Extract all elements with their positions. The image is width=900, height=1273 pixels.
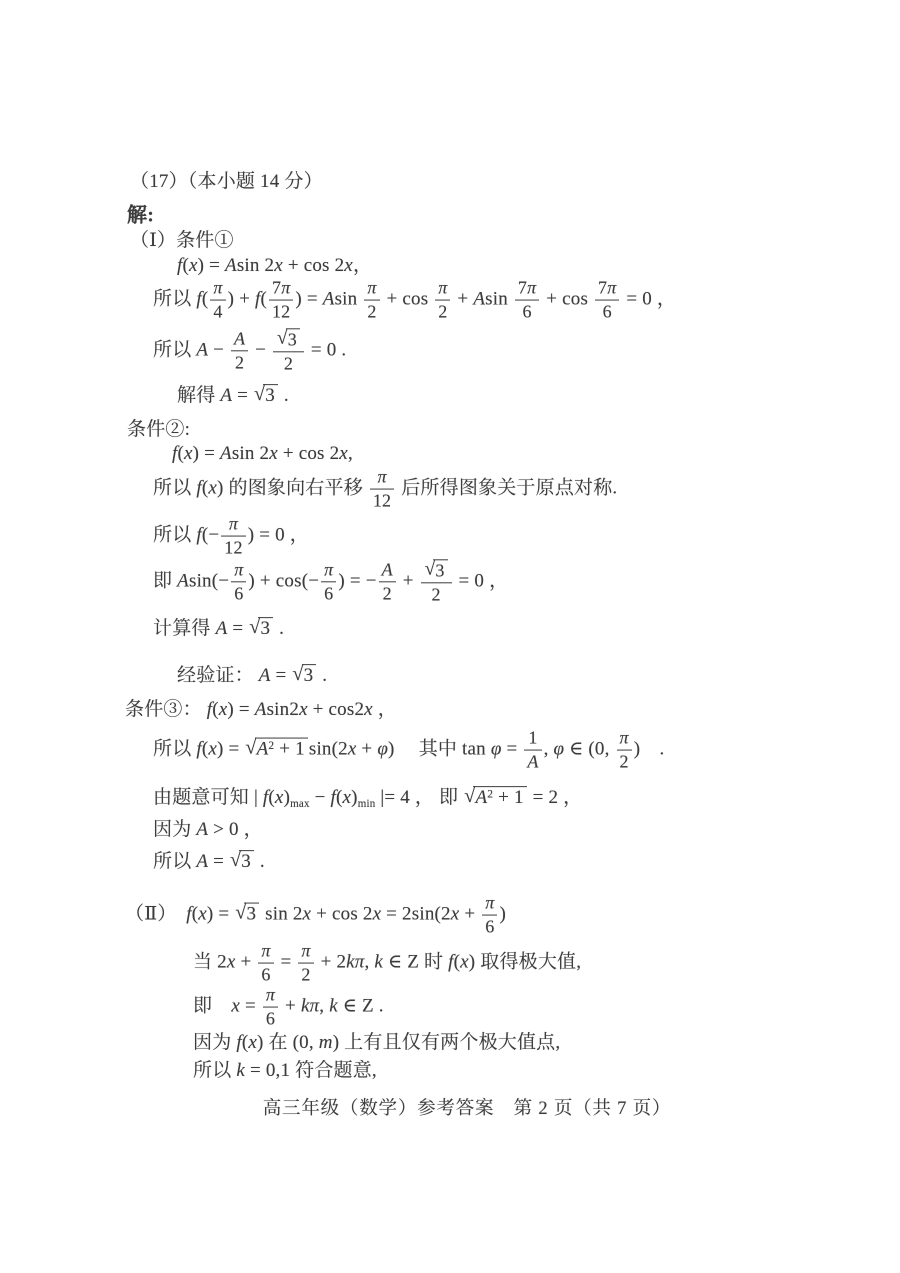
eq-computed-A: 计算得 A = √3 . [153,617,284,641]
math-text: ) = [193,443,220,464]
math-text: 经验证： [177,665,259,686]
math-variable: x [373,903,382,924]
math-variable: π [229,514,238,534]
math-text: + [356,738,377,759]
math-variable: π [213,278,222,298]
math-text: （Ⅰ）条件① [130,230,234,251]
fraction: √32 [273,328,304,373]
math-text: + 1 [274,738,305,759]
math-text: ) = [295,288,322,309]
math-text: 7 [598,278,607,298]
math-variable: k [346,951,355,972]
eq-x-solution: 即 x = π6 + kπ, k ∈ Z . [193,986,384,1029]
math-variable: k [374,951,383,972]
math-text: . [255,851,265,872]
math-variable: A [216,618,228,639]
radicand: 3 [302,664,317,686]
fraction-numerator: π [364,279,379,301]
math-text: ) = [227,699,254,720]
math-variable: φ [377,738,388,759]
math-variable: π [438,278,447,298]
radicand: 3 [239,850,254,872]
math-text: = 2sin(2 [381,903,451,924]
fraction: π12 [221,515,245,558]
math-text: = 0 ， [454,570,509,591]
subscript: max [290,798,310,810]
math-text: 解: [127,205,154,227]
math-text: sin(2 [309,738,348,759]
math-text: 3 [246,903,256,924]
math-text: 6 [324,584,333,604]
math-variable: k [329,995,338,1016]
fraction-denominator: 6 [595,301,619,322]
math-variable: x [208,738,217,759]
fraction-denominator: 2 [273,353,304,374]
math-text: 3 [260,618,270,639]
radicand: A2 + 1 [473,786,526,808]
math-variable: A [196,851,208,872]
math-text: ， [373,699,397,720]
math-variable: π [310,995,320,1016]
condition2-header: 条件②: [127,418,190,442]
math-text: = [227,618,248,639]
math-text: 1 [528,728,537,748]
radical: √3 [249,617,273,640]
document-page: （17）（本小题 14 分）解:（Ⅰ）条件①f(x) = Asin 2x + c… [0,0,900,1273]
math-variable: k [236,1060,245,1081]
math-text: 解得 [177,385,220,406]
subscript: min [358,798,376,810]
math-text: + cos2 [308,699,364,720]
math-variable: x [184,443,193,464]
math-variable: π [301,941,310,961]
math-text: = 2 ， [528,787,583,808]
math-text: （Ⅱ） [125,903,186,924]
math-text: , [348,443,353,464]
math-text: 条件③： [125,699,207,720]
math-text: 12 [272,302,290,322]
fraction: π2 [298,942,313,985]
fraction-numerator: π [221,515,245,537]
math-variable: x [227,951,236,972]
math-text: − [250,339,271,360]
eq-f-neg-pi-12: 所以 f(−π12) = 0 ， [153,515,309,558]
eq-amplitude-phase-form: 所以 f(x) = √A2 + 1sin(2x + φ) 其中 tan φ = … [153,729,664,772]
math-text: 即 [193,995,231,1016]
math-variable: φ [554,738,565,759]
fraction-denominator: A [524,751,541,772]
math-variable: A [177,570,189,591]
fraction-numerator: π [370,468,394,490]
math-text: 所以 [153,524,196,545]
fraction: 7π6 [515,279,539,322]
math-text: 3 [241,851,251,872]
fraction-numerator: π [298,942,313,964]
fraction: 7π12 [269,279,293,322]
math-variable: x [189,255,198,276]
math-variable: π [620,728,629,748]
math-text: 2 [367,302,376,322]
radical: √3 [425,559,448,580]
math-text: 所以 [193,1060,236,1081]
fraction: A2 [231,330,248,373]
fraction-denominator: 2 [379,583,396,604]
math-variable: x [344,255,353,276]
math-variable: A [259,665,271,686]
math-variable: x [269,443,278,464]
fraction-denominator: 6 [231,583,246,604]
math-text: + [236,951,257,972]
math-variable: x [208,477,217,498]
math-text: ( [260,288,267,309]
radical: √3 [292,664,316,687]
math-text: ∈ Z 时 [383,951,448,972]
math-text: 因为 [193,1032,236,1053]
eq-expanded: 即 Asin(−π6) + cos(−π6) = −A2 + √32 = 0 ， [153,559,508,604]
fraction-numerator: π [210,279,225,301]
math-variable: π [367,278,376,298]
math-text: 2 [383,584,392,604]
math-text: 条件②: [127,419,190,440]
math-variable: x [343,787,352,808]
math-text: 2 [235,353,244,373]
math-text: + 2 [316,951,347,972]
math-variable: x [248,1032,257,1053]
math-text: ) 取得极大值, [469,951,581,972]
radicand: 3 [263,384,278,406]
math-text: + [452,288,473,309]
math-text: ) + [228,288,255,309]
math-variable: A [220,443,232,464]
math-text: > 0 ， [208,819,263,840]
math-text: 6 [261,965,270,985]
math-text: ) 其中 tan [388,738,491,759]
math-text: sin 2 [237,255,274,276]
part2-header-equation: （Ⅱ） f(x) = √3 sin 2x + cos 2x = 2sin(2x … [125,894,506,937]
math-variable: x [275,787,284,808]
math-variable: π [281,278,290,298]
radicand: 3 [244,902,259,924]
radical-sign-icon: √ [425,558,436,579]
fraction: π6 [321,561,336,604]
math-text: 由题意可知 | [153,787,263,808]
math-text: 2 [620,752,629,772]
fraction-numerator: π [435,279,450,301]
fraction-numerator: 7π [595,279,619,301]
math-variable: A [234,329,245,349]
math-text: = 0,1 符合题意, [245,1060,377,1081]
math-text: sin [485,288,513,309]
math-text: 当 2 [193,951,227,972]
fraction-numerator: 1 [524,729,541,751]
radicand: A2 + 1 [255,737,308,759]
math-variable: π [355,951,365,972]
part1-condition1-header: （Ⅰ）条件① [130,229,234,253]
fraction-denominator: 6 [258,964,273,985]
fraction-numerator: √3 [273,328,304,352]
fraction-denominator: 6 [482,916,497,937]
math-variable: A [473,288,485,309]
math-text: = [502,738,523,759]
math-text: ) = − [338,570,376,591]
fraction: π2 [435,279,450,322]
math-text: 3 [288,329,297,349]
eq-solved-A-1: 解得 A = √3 . [177,384,289,408]
math-text: ， [353,255,372,276]
math-text: 7 [518,278,527,298]
math-text: . [317,665,327,686]
math-text: (− [202,524,219,545]
fraction: π6 [258,942,273,985]
fraction: 7π6 [595,279,619,322]
math-text: 4 [213,302,222,322]
fraction-denominator: 2 [435,301,450,322]
math-text: 6 [266,1009,275,1029]
radical-sign-icon: √ [277,327,288,348]
fraction-numerator: A [231,330,248,352]
solution-label: 解: [127,204,154,229]
math-text: 2 [438,302,447,322]
fraction-numerator: π [231,561,246,583]
radical-sign-icon: √ [464,785,475,808]
eq-final-A-part1: 所以 A = √3 . [153,850,265,874]
math-text: 3 [265,385,275,406]
math-text: = [276,951,297,972]
fraction: π2 [617,729,632,772]
math-variable: x [198,903,207,924]
math-variable: A [475,787,487,808]
math-text: , [365,951,375,972]
condition3-header: 条件③： f(x) = Asin2x + cos2x ， [125,698,397,722]
fraction-denominator: 12 [370,490,394,511]
eq-sum-of-values: 所以 f(π4) + f(7π12) = Asin π2 + cos π2 + … [153,279,676,322]
math-text: + cos 2 [278,443,339,464]
fraction-numerator: 7π [269,279,293,301]
math-text: = 0 ， [621,288,676,309]
eq-fx-definition-2: f(x) = Asin 2x + cos 2x, [172,442,353,466]
math-text: 2 [284,354,293,374]
math-text: 12 [224,538,242,558]
fraction-denominator: 12 [269,301,293,322]
text-two-maxima-condition: 因为 f(x) 在 (0, m) 上有且仅有两个极大值点, [193,1031,560,1055]
math-variable: x [274,255,283,276]
math-text: sin 2 [260,903,302,924]
math-text: （17）（本小题 14 分） [130,171,323,192]
fraction-denominator: 2 [421,584,452,605]
eq-A-positive: 因为 A > 0 ， [153,818,263,842]
math-text: ) . [634,738,665,759]
math-text: 所以 [153,288,196,309]
eq-fx-definition-1: f(x) = Asin 2x + cos 2x， [177,254,372,278]
math-text: 所以 [153,339,196,360]
radical: √3 [254,384,278,407]
math-text: 7 [272,278,281,298]
math-text: ) = [217,738,244,759]
math-text: ) 的图象向右平移 [217,477,368,498]
math-variable: π [377,467,386,487]
radical: √A2 + 1 [464,786,526,809]
math-text: |= 4 ， 即 [375,787,463,808]
math-variable: A [196,339,208,360]
page-footer: 高三年级（数学）参考答案 第 2 页（共 7 页） [0,1094,900,1120]
math-text: 2 [301,965,310,985]
math-text: 12 [373,491,391,511]
radical-sign-icon: √ [292,663,303,686]
fraction-numerator: π [482,894,497,916]
math-text: + [280,995,301,1016]
radical-sign-icon: √ [254,383,265,406]
math-text: = 0 . [306,339,346,360]
math-variable: k [301,995,310,1016]
fraction-denominator: 6 [321,583,336,604]
fraction: A2 [379,561,396,604]
math-text: + cos 2 [311,903,372,924]
math-text: = [232,385,253,406]
math-text: 2 [432,585,441,605]
math-variable: x [299,699,308,720]
math-variable: π [234,560,243,580]
fraction-denominator: 2 [231,352,248,373]
fraction-denominator: 2 [617,751,632,772]
fraction-numerator: A [379,561,396,583]
fraction: 1A [524,729,541,772]
fraction: π6 [231,561,246,604]
radical: √A2 + 1 [245,737,307,760]
math-text: . [274,618,284,639]
math-text: = [208,851,229,872]
math-text: , [544,738,554,759]
math-text: − [310,787,331,808]
math-variable: π [607,278,616,298]
fraction: π12 [370,468,394,511]
fraction-denominator: 4 [210,301,225,322]
math-text: ) [499,903,506,924]
math-text: ∈ Z . [338,995,384,1016]
fraction: π2 [364,279,379,322]
math-text: + [398,570,419,591]
math-text: − [208,339,229,360]
fraction: π6 [263,986,278,1029]
radical-sign-icon: √ [249,616,260,639]
math-text: ( [202,288,209,309]
math-text: 所以 [153,851,196,872]
math-text: ∈ (0, [564,738,614,759]
math-text: ) = [198,255,225,276]
math-text: + cos [382,288,434,309]
eq-simplified: 所以 A − A2 − √32 = 0 . [153,328,346,373]
radicand: 3 [258,617,273,639]
fraction: π6 [482,894,497,937]
text-k-values: 所以 k = 0,1 符合题意, [193,1059,377,1083]
fraction-denominator: 6 [515,301,539,322]
math-text: 即 [153,570,177,591]
math-text: ) = [207,903,234,924]
math-variable: x [339,443,348,464]
math-variable: A [382,560,393,580]
fraction-denominator: 2 [364,301,379,322]
math-variable: A [220,385,232,406]
math-text: 6 [522,302,531,322]
math-variable: x [231,995,240,1016]
math-text: + 1 [493,787,524,808]
math-variable: x [303,903,312,924]
math-text: ) + cos(− [248,570,319,591]
math-variable: A [225,255,237,276]
math-variable: π [527,278,536,298]
math-text: sin(− [189,570,229,591]
math-text: 所以 [153,738,196,759]
math-variable: φ [491,738,502,759]
radical-sign-icon: √ [230,849,241,872]
fraction-numerator: π [258,942,273,964]
fraction: √32 [421,559,452,604]
fraction: π4 [210,279,225,322]
math-text: + cos [541,288,593,309]
fraction-numerator: √3 [421,559,452,583]
eq-maximum-condition: 当 2x + π6 = π2 + 2kπ, k ∈ Z 时 f(x) 取得极大值… [193,942,581,985]
math-text: + [459,903,480,924]
math-text: 6 [603,302,612,322]
radical: √3 [235,902,259,925]
math-text: = [240,995,261,1016]
math-text: sin [335,288,363,309]
math-text: 所以 [153,477,196,498]
math-text: 因为 [153,819,196,840]
math-text: 3 [435,560,444,580]
math-text: = [271,665,292,686]
math-text: 后所得图象关于原点对称. [396,477,617,498]
math-text: 3 [304,665,314,686]
math-text: sin 2 [232,443,269,464]
math-variable: A [527,752,538,772]
radical-sign-icon: √ [235,901,246,924]
math-text: , [319,995,329,1016]
text-verified-A: 经验证： A = √3 . [177,664,327,688]
fraction-denominator: 6 [263,1008,278,1029]
math-variable: π [261,941,270,961]
math-text: 计算得 [153,618,216,639]
math-variable: π [485,893,494,913]
fraction-numerator: π [263,986,278,1008]
math-variable: A [196,819,208,840]
math-text: + cos 2 [283,255,344,276]
radical: √3 [230,850,254,873]
math-text: ) 上有且仅有两个极大值点, [333,1032,561,1053]
text-shift-symmetry: 所以 f(x) 的图象向右平移 π12 后所得图象关于原点对称. [153,468,617,511]
math-text: ) 在 (0, [257,1032,319,1053]
fraction-numerator: π [321,561,336,583]
problem-number: （17）（本小题 14 分） [130,170,323,194]
radical-sign-icon: √ [245,736,256,759]
math-variable: A [257,738,269,759]
math-text: 6 [485,917,494,937]
math-variable: x [460,951,469,972]
math-variable: x [364,699,373,720]
math-text: ) = 0 ， [248,524,309,545]
math-text: 6 [234,584,243,604]
radical: √3 [277,328,300,349]
fraction-numerator: π [617,729,632,751]
fraction-denominator: 12 [221,537,245,558]
math-variable: m [319,1032,333,1053]
math-variable: π [324,560,333,580]
math-text: . [279,385,289,406]
fraction-denominator: 2 [298,964,313,985]
eq-max-minus-min: 由题意可知 | f(x)max − f(x)min |= 4 ， 即 √A2 +… [153,786,582,810]
math-text: sin2 [267,699,299,720]
math-variable: A [255,699,267,720]
fraction-numerator: 7π [515,279,539,301]
